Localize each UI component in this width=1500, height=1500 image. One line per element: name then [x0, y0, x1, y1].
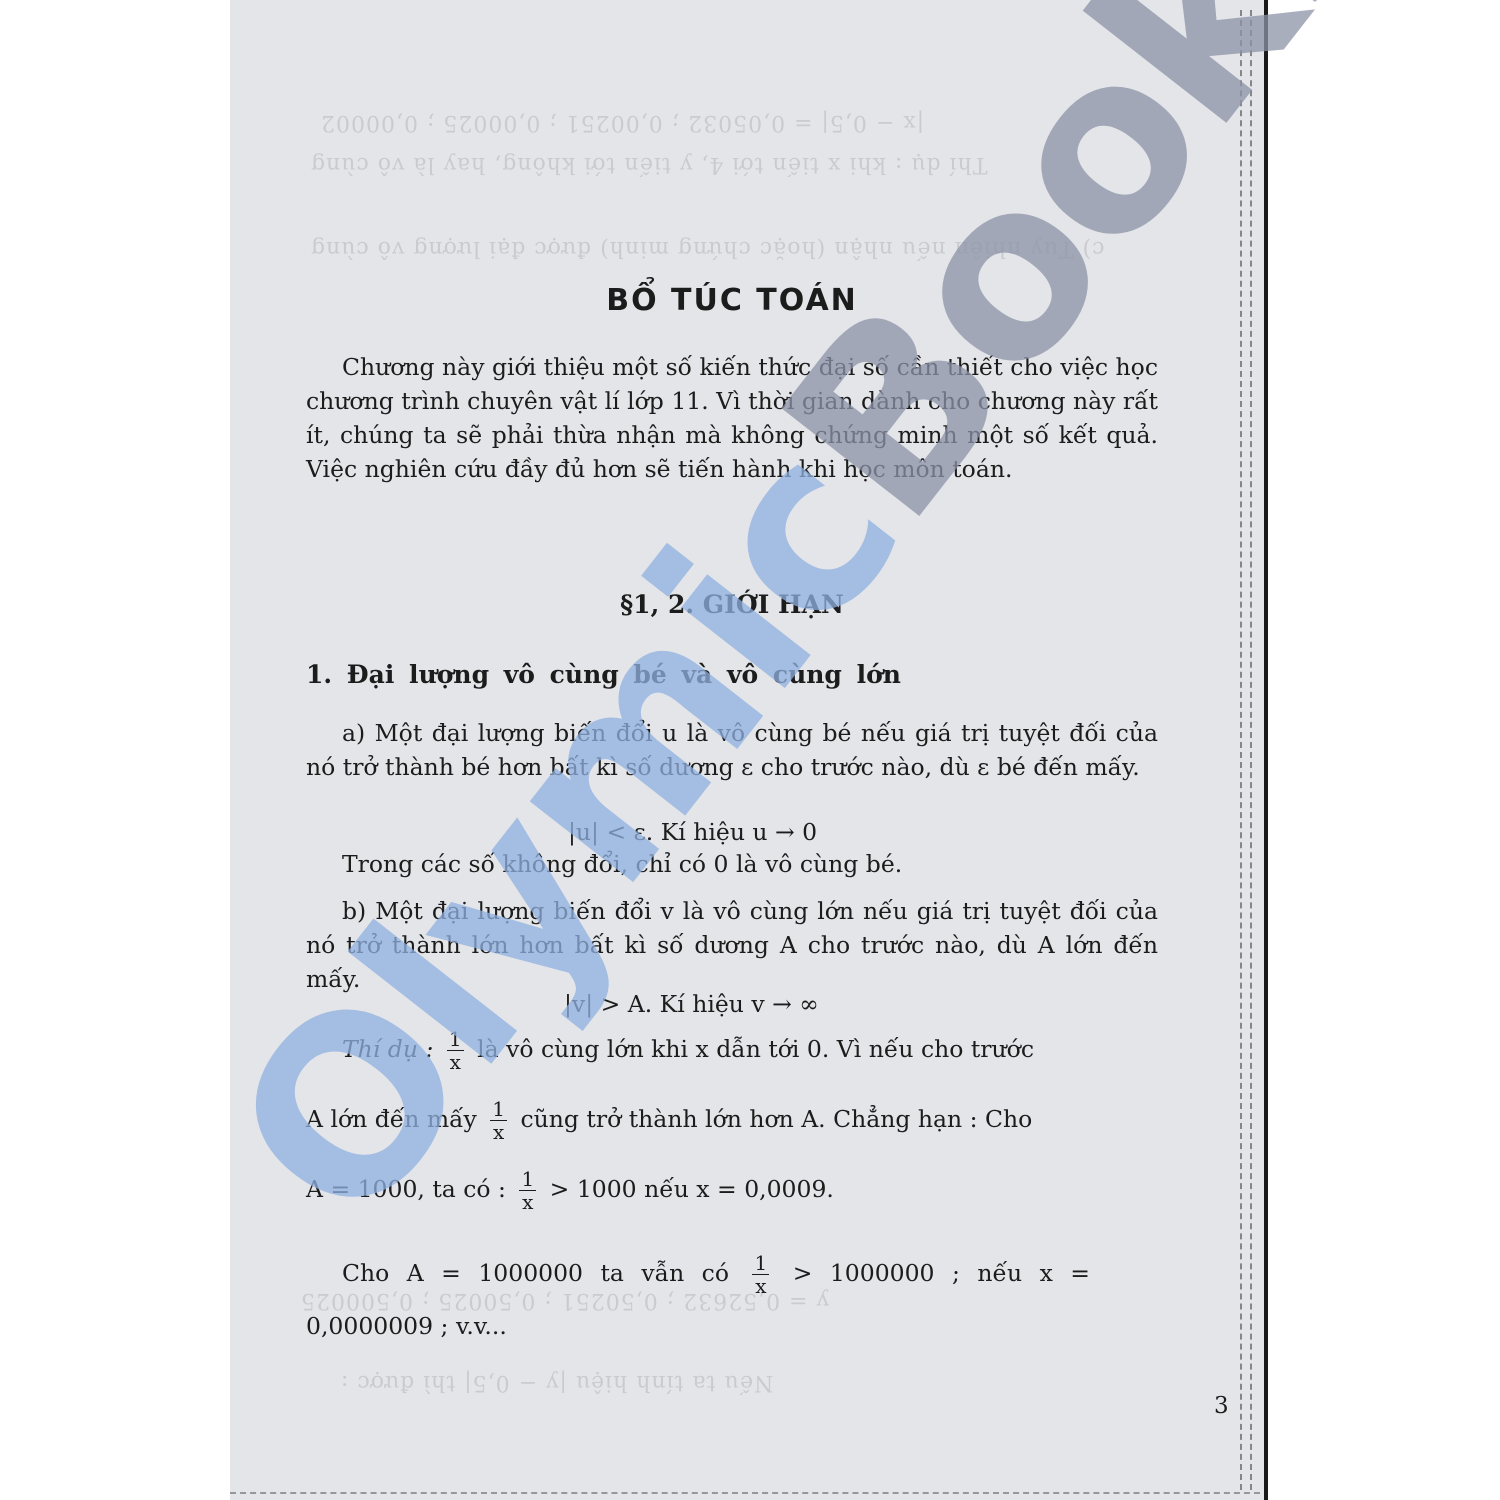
example-label: Thí dụ :: [342, 1035, 433, 1063]
section-title: §1, 2. GIỚI HẠN: [306, 590, 1158, 619]
bleed-through-text: Thí dụ : khi x tiến tới 4, y tiến tới kh…: [310, 152, 987, 177]
paragraph-b: b) Một đại lượng biến đổi v là vô cùng l…: [306, 894, 1158, 996]
document-page: |x − 0,5| = 0,05032 ; 0,00251 ; 0,00025 …: [230, 0, 1268, 1500]
page-title: BỔ TÚC TOÁN: [306, 283, 1158, 318]
example-line-1: Thí dụ : 1x là vô cùng lớn khi x dẫn tới…: [342, 1028, 1194, 1073]
paragraph-a: a) Một đại lượng biến đổi u là vô cùng b…: [306, 716, 1158, 784]
fraction-one-over-x: 1x: [490, 1098, 507, 1143]
example-line-3: A = 1000, ta có : 1x > 1000 nếu x = 0,00…: [306, 1168, 1158, 1213]
example-line-1-text: là vô cùng lớn khi x dẫn tới 0. Vì nếu c…: [477, 1035, 1034, 1063]
intro-paragraph: Chương này giới thiệu một số kiến thức đ…: [306, 350, 1158, 486]
bleed-through-text: c) Tuy nhiên nếu nhận (hoặc chứng minh) …: [310, 236, 1105, 261]
scan-artifact-border: [1250, 10, 1252, 1490]
scan-artifact-bottom: [230, 1492, 1260, 1494]
bleed-through-text: Nếu ta tính hiệu |y − 0,5| thì được :: [340, 1370, 773, 1395]
subsection-title: 1. Đại lượng vô cùng bé và vô cùng lớn: [306, 660, 901, 689]
example-line-4: Cho A = 1000000 ta vẫn có 1x > 1000000 ;…: [342, 1252, 1194, 1297]
paragraph-a-note: Trong các số không đổi, chỉ có 0 là vô c…: [342, 850, 1194, 878]
formula-infinitesimal: |u| < ε. Kí hiệu u → 0: [568, 818, 817, 846]
formula-infinite: |v| > A. Kí hiệu v → ∞: [564, 990, 819, 1018]
fraction-one-over-x: 1x: [752, 1252, 769, 1297]
example-line-5: 0,0000009 ; v.v...: [306, 1312, 1158, 1340]
example-line-2: A lớn đến mấy 1x cũng trở thành lớn hơn …: [306, 1098, 1158, 1143]
scan-artifact-border: [1240, 10, 1242, 1490]
fraction-one-over-x: 1x: [447, 1028, 464, 1073]
page-edge: [1264, 0, 1268, 1500]
page-number: 3: [1214, 1393, 1229, 1419]
fraction-one-over-x: 1x: [519, 1168, 536, 1213]
bleed-through-text: |x − 0,5| = 0,05032 ; 0,00251 ; 0,00025 …: [320, 110, 924, 135]
